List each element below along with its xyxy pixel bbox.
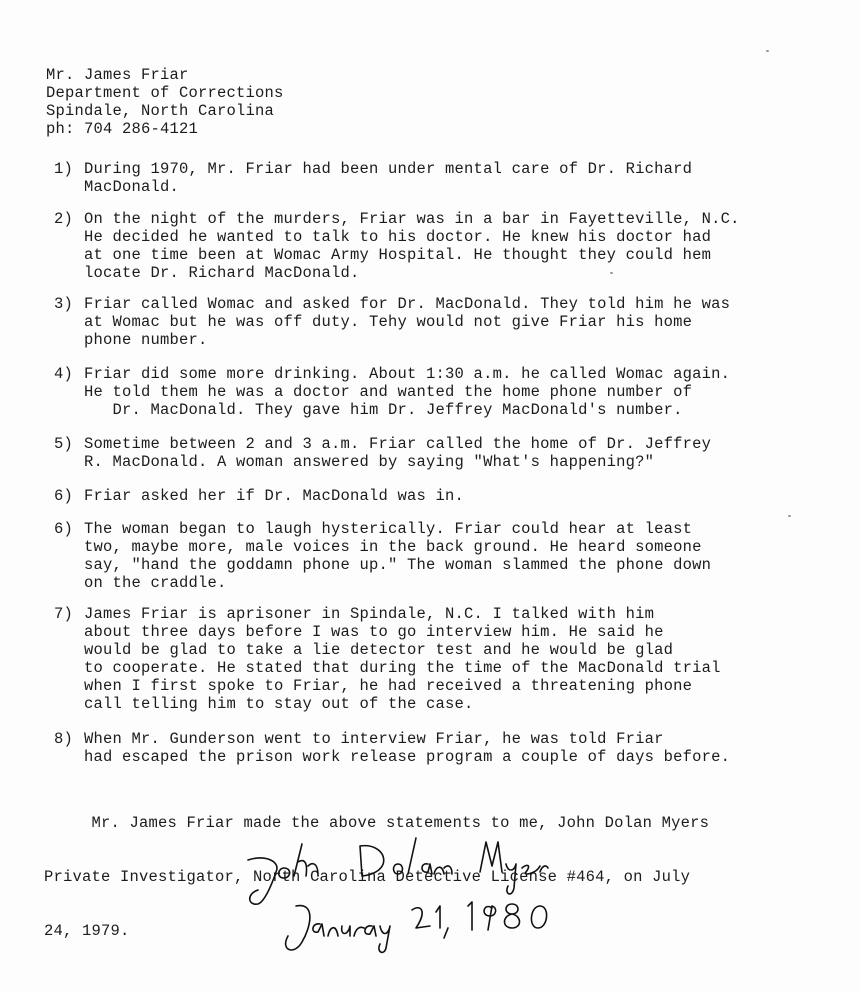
item-line: James Friar is aprisoner in Spindale, N.… bbox=[84, 605, 721, 623]
item-line: when I first spoke to Friar, he had rece… bbox=[84, 677, 721, 695]
closing-line: Mr. James Friar made the above statement… bbox=[44, 814, 709, 832]
statement-item: 2)On the night of the murders, Friar was… bbox=[54, 210, 740, 282]
item-number: 6) bbox=[54, 487, 84, 505]
statement-item: 7)James Friar is aprisoner in Spindale, … bbox=[54, 605, 721, 713]
statement-item: 5)Sometime between 2 and 3 a.m. Friar ca… bbox=[54, 435, 711, 471]
item-body: When Mr. Gunderson went to interview Fri… bbox=[84, 730, 730, 766]
item-line: phone number. bbox=[84, 331, 730, 349]
item-line: He told them he was a doctor and wanted … bbox=[84, 383, 730, 401]
recipient-location: Spindale, North Carolina bbox=[46, 102, 284, 120]
statement-item: 8)When Mr. Gunderson went to interview F… bbox=[54, 730, 730, 766]
recipient-department: Department of Corrections bbox=[46, 84, 284, 102]
scan-speck bbox=[788, 515, 791, 517]
recipient-name: Mr. James Friar bbox=[46, 66, 284, 84]
item-line: During 1970, Mr. Friar had been under me… bbox=[84, 160, 692, 178]
item-line: two, maybe more, male voices in the back… bbox=[84, 538, 711, 556]
item-body: Friar did some more drinking. About 1:30… bbox=[84, 365, 730, 419]
document-page: Mr. James Friar Department of Correction… bbox=[0, 0, 860, 992]
item-line: Friar did some more drinking. About 1:30… bbox=[84, 365, 730, 383]
item-number: 8) bbox=[54, 730, 84, 748]
item-line: on the craddle. bbox=[84, 574, 711, 592]
item-body: Friar asked her if Dr. MacDonald was in. bbox=[84, 487, 464, 505]
statement-item: 4)Friar did some more drinking. About 1:… bbox=[54, 365, 730, 419]
item-line: Sometime between 2 and 3 a.m. Friar call… bbox=[84, 435, 711, 453]
statement-item: 6)Friar asked her if Dr. MacDonald was i… bbox=[54, 487, 464, 505]
statement-item: 3)Friar called Womac and asked for Dr. M… bbox=[54, 295, 730, 349]
item-line: at one time been at Womac Army Hospital.… bbox=[84, 246, 740, 264]
item-line: about three days before I was to go inte… bbox=[84, 623, 721, 641]
item-line: When Mr. Gunderson went to interview Fri… bbox=[84, 730, 730, 748]
handwritten-signature: John Dolan Myers bbox=[236, 832, 576, 962]
item-line: call telling him to stay out of the case… bbox=[84, 695, 721, 713]
item-body: Friar called Womac and asked for Dr. Mac… bbox=[84, 295, 730, 349]
item-number: 6) bbox=[54, 520, 84, 538]
item-line: at Womac but he was off duty. Tehy would… bbox=[84, 313, 730, 331]
item-body: James Friar is aprisoner in Spindale, N.… bbox=[84, 605, 721, 713]
item-line: MacDonald. bbox=[84, 178, 692, 196]
item-line: On the night of the murders, Friar was i… bbox=[84, 210, 740, 228]
item-line: locate Dr. Richard MacDonald. bbox=[84, 264, 740, 282]
item-line: say, "hand the goddamn phone up." The wo… bbox=[84, 556, 711, 574]
item-line: He decided he wanted to talk to his doct… bbox=[84, 228, 740, 246]
item-body: The woman began to laugh hysterically. F… bbox=[84, 520, 711, 592]
recipient-header: Mr. James Friar Department of Correction… bbox=[46, 66, 284, 138]
item-body: On the night of the murders, Friar was i… bbox=[84, 210, 740, 282]
item-number: 4) bbox=[54, 365, 84, 383]
item-line: Friar called Womac and asked for Dr. Mac… bbox=[84, 295, 730, 313]
statement-item: 6)The woman began to laugh hysterically.… bbox=[54, 520, 711, 592]
scan-speck bbox=[766, 50, 769, 52]
item-number: 3) bbox=[54, 295, 84, 313]
item-number: 7) bbox=[54, 605, 84, 623]
statement-item: 1)During 1970, Mr. Friar had been under … bbox=[54, 160, 692, 196]
item-number: 1) bbox=[54, 160, 84, 178]
item-line: to cooperate. He stated that during the … bbox=[84, 659, 721, 677]
item-line: Dr. MacDonald. They gave him Dr. Jeffrey… bbox=[84, 401, 730, 419]
item-line: Friar asked her if Dr. MacDonald was in. bbox=[84, 487, 464, 505]
item-body: Sometime between 2 and 3 a.m. Friar call… bbox=[84, 435, 711, 471]
scan-speck bbox=[610, 272, 613, 274]
item-line: The woman began to laugh hysterically. F… bbox=[84, 520, 711, 538]
item-line: would be glad to take a lie detector tes… bbox=[84, 641, 721, 659]
item-line: R. MacDonald. A woman answered by saying… bbox=[84, 453, 711, 471]
recipient-phone: ph: 704 286-4121 bbox=[46, 120, 284, 138]
item-line: had escaped the prison work release prog… bbox=[84, 748, 730, 766]
item-number: 5) bbox=[54, 435, 84, 453]
item-body: During 1970, Mr. Friar had been under me… bbox=[84, 160, 692, 196]
item-number: 2) bbox=[54, 210, 84, 228]
